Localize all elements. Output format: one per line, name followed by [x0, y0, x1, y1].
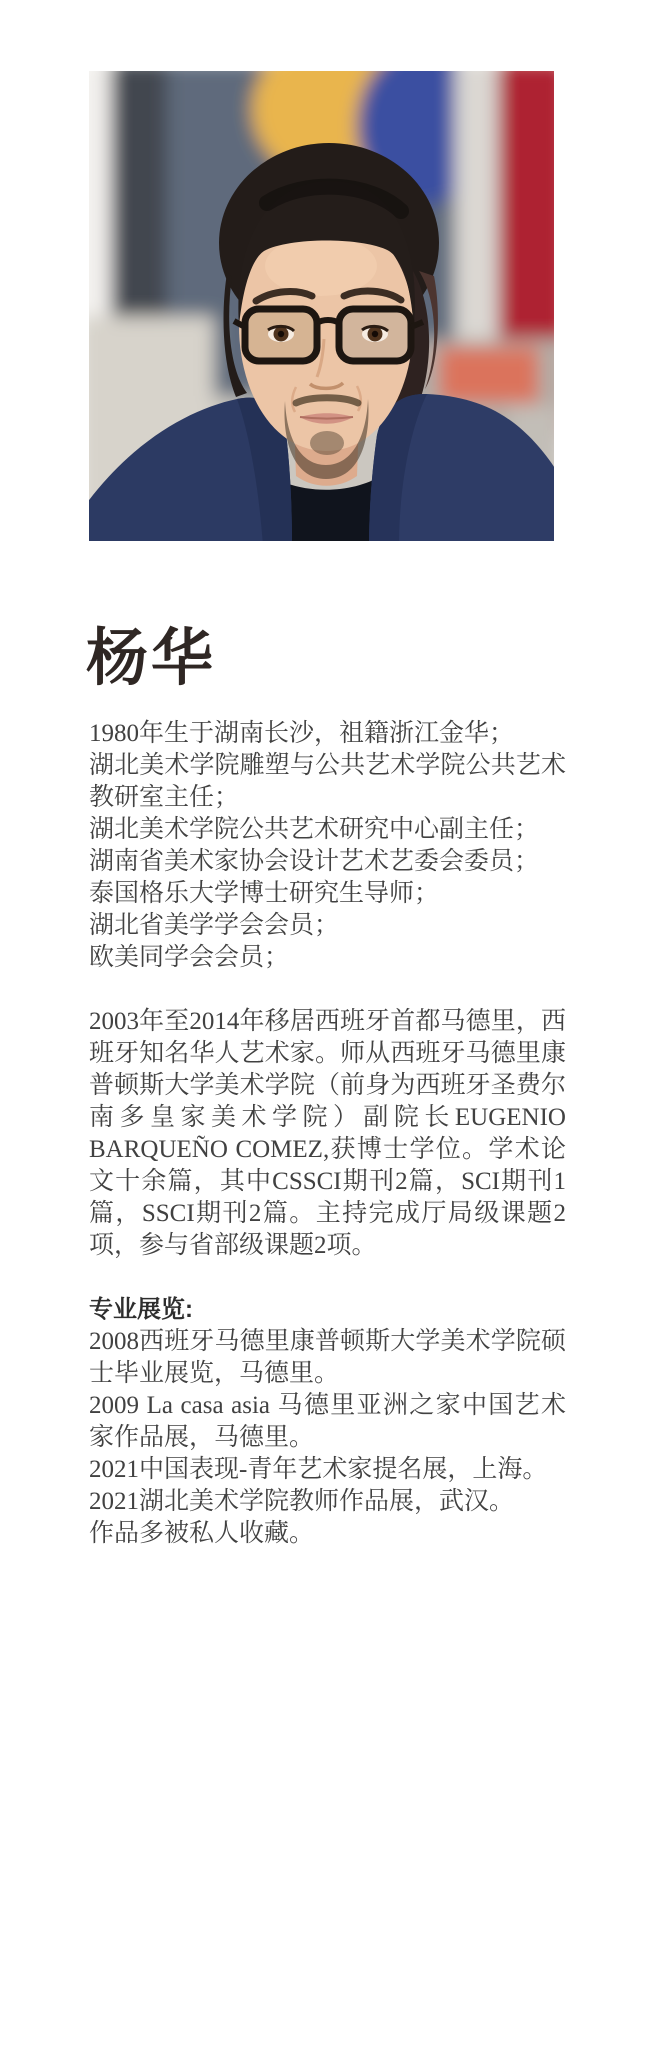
bio-paragraph: 2003年至2014年移居西班牙首都马德里，西班牙知名华人艺术家。师从西班牙马德… — [89, 1006, 566, 1262]
exhibition-line: 2008西班牙马德里康普顿斯大学美术学院硕士毕业展览，马德里。 — [89, 1326, 566, 1390]
bio-line: 欧美同学会会员； — [89, 942, 566, 974]
bio-content: 1980年生于湖南长沙，祖籍浙江金华； 湖北美术学院雕塑与公共艺术学院公共艺术教… — [89, 718, 566, 1550]
bio-line: 湖南省美术家协会设计艺术艺委会委员； — [89, 846, 566, 878]
portrait-photo — [89, 71, 554, 541]
exhibitions-heading: 专业展览: — [89, 1294, 566, 1326]
bio-line: 1980年生于湖南长沙，祖籍浙江金华； — [89, 718, 566, 750]
bio-page: 杨华 1980年生于湖南长沙，祖籍浙江金华； 湖北美术学院雕塑与公共艺术学院公共… — [0, 0, 670, 2070]
exhibition-line: 2021中国表现-青年艺术家提名展，上海。 — [89, 1454, 566, 1486]
exhibition-line: 作品多被私人收藏。 — [89, 1518, 566, 1550]
portrait-photo-illustration — [89, 71, 554, 541]
exhibition-line: 2009 La casa asia 马德里亚洲之家中国艺术家作品展，马德里。 — [89, 1390, 566, 1454]
bio-line: 湖北美术学院雕塑与公共艺术学院公共艺术教研室主任； — [89, 750, 566, 814]
bio-line: 泰国格乐大学博士研究生导师； — [89, 878, 566, 910]
bio-line: 湖北省美学学会会员； — [89, 910, 566, 942]
artist-name: 杨华 — [86, 628, 216, 690]
exhibition-line: 2021湖北美术学院教师作品展，武汉。 — [89, 1486, 566, 1518]
bio-line: 湖北美术学院公共艺术研究中心副主任； — [89, 814, 566, 846]
